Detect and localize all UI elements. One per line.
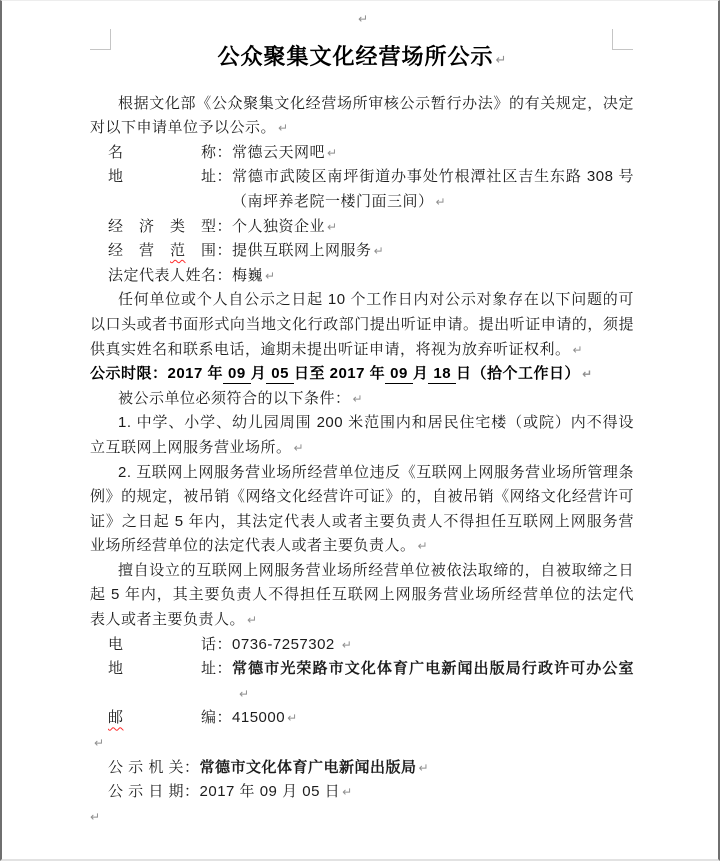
field-label: 地 址：: [108, 165, 232, 214]
paragraph-mark: ↵: [239, 687, 249, 701]
intro-paragraph: 根据文化部《公众聚集文化经营场所审核公示暂行办法》的有关规定，决定对以下申请单位…: [90, 92, 634, 141]
deadline-line: 公示时限：2017 年09月05日至 2017 年09月18日（拾个工作日）↵: [90, 362, 634, 387]
page-title: 公众聚集文化经营场所公示↵: [90, 42, 634, 76]
field-label: 经 营 范 围：: [108, 239, 232, 264]
field-label: 公 示 机 关：: [108, 756, 200, 781]
paragraph-mark: ↵: [94, 736, 104, 750]
field-row-postcode: 邮 编： 415000↵: [90, 706, 634, 731]
field-value: 常德云天网吧↵: [232, 141, 634, 166]
field-value: 415000↵: [232, 706, 634, 731]
spellcheck-wavy-char: 邮: [108, 709, 124, 726]
field-row-business-scope: 经 营 范 围： 提供互联网上网服务↵: [90, 239, 634, 264]
conditions-intro: 被公示单位必须符合的以下条件：↵: [90, 387, 634, 412]
paragraph-mark: ↵: [327, 220, 337, 234]
paragraph-mark: ↵: [353, 392, 363, 406]
field-value: 2017 年 09 月 05 日↵: [200, 780, 634, 805]
hearing-paragraph: 任何单位或个人自公示之日起 10 个工作日内对公示对象存在以下问题的可以口头或者…: [90, 288, 634, 362]
field-row-economic-type: 经 济 类 型： 个人独资企业↵: [90, 215, 634, 240]
paragraph-mark: ↵: [342, 638, 352, 652]
paragraph-mark: ↵: [265, 269, 275, 283]
paragraph-mark: ↵: [287, 711, 297, 725]
field-label: 公 示 日 期：: [108, 780, 200, 805]
field-row-legal-representative: 法定代表人姓名： 梅巍↵: [90, 264, 634, 289]
document-content: ↵ 公众聚集文化经营场所公示↵ 根据文化部《公众聚集文化经营场所审核公示暂行办法…: [90, 7, 634, 829]
field-row-name: 名 称： 常德云天网吧↵: [90, 141, 634, 166]
empty-paragraph: ↵: [90, 805, 634, 830]
field-label: 邮 编：: [108, 706, 232, 731]
paragraph-mark: ↵: [327, 146, 337, 160]
field-value: 个人独资企业↵: [232, 215, 634, 240]
paragraph-mark: ↵: [247, 613, 257, 627]
field-value: 0736-7257302↵: [232, 633, 634, 658]
condition-item-2: 2. 互联网上网服务营业场所经营单位违反《互联网上网服务营业场所管理条例》的规定…: [90, 461, 634, 559]
paragraph-mark: ↵: [358, 12, 368, 26]
blank-day-2: 18: [428, 364, 456, 384]
paragraph-mark: ↵: [496, 53, 507, 68]
field-value: 梅巍↵: [232, 264, 634, 289]
field-label: 电 话：: [108, 633, 232, 658]
field-value: 常德市光荣路市文化体育广电新闻出版局行政许可办公室↵: [232, 657, 634, 706]
title-text: 公众聚集文化经营场所公示: [218, 44, 494, 69]
field-label: 地 址：: [108, 657, 232, 706]
field-value: 提供互联网上网服务↵: [232, 239, 634, 264]
field-label: 经 济 类 型：: [108, 215, 232, 240]
blank-month-1: 09: [223, 364, 251, 384]
paragraph-mark: ↵: [294, 441, 304, 455]
paragraph-mark: ↵: [582, 367, 592, 381]
field-value: 常德市武陵区南坪街道办事处竹根潭社区吉生东路 308 号（南坪养老院一楼门面三间…: [232, 165, 634, 214]
field-row-address: 地 址： 常德市武陵区南坪街道办事处竹根潭社区吉生东路 308 号（南坪养老院一…: [90, 165, 634, 214]
field-value: 常德市文化体育广电新闻出版局↵: [200, 756, 634, 781]
blank-month-2: 09: [385, 364, 413, 384]
field-label: 名 称：: [108, 141, 232, 166]
empty-paragraph: ↵: [90, 7, 634, 32]
paragraph-mark: ↵: [419, 761, 429, 775]
field-row-notice-date: 公 示 日 期： 2017 年 09 月 05 日↵: [90, 780, 634, 805]
field-row-phone: 电 话： 0736-7257302↵: [90, 633, 634, 658]
field-label: 法定代表人姓名：: [108, 264, 232, 289]
document-page: ↵ 公众聚集文化经营场所公示↵ 根据文化部《公众聚集文化经营场所审核公示暂行办法…: [0, 0, 720, 861]
blank-day-1: 05: [266, 364, 294, 384]
paragraph-mark: ↵: [342, 785, 352, 799]
field-row-issuing-agency: 公 示 机 关： 常德市文化体育广电新闻出版局↵: [90, 756, 634, 781]
field-row-office-address: 地 址： 常德市光荣路市文化体育广电新闻出版局行政许可办公室↵: [90, 657, 634, 706]
empty-paragraph: ↵: [90, 731, 634, 756]
condition-item-3: 擅自设立的互联网上网服务营业场所经营单位被依法取缔的，自被取缔之日起 5 年内，…: [90, 559, 634, 633]
paragraph-mark: ↵: [278, 121, 288, 135]
spellcheck-wavy-char: 范: [170, 242, 186, 259]
paragraph-mark: ↵: [90, 810, 100, 824]
paragraph-mark: ↵: [418, 539, 428, 553]
paragraph-mark: ↵: [436, 195, 446, 209]
condition-item-1: 1. 中学、小学、幼儿园周围 200 米范围内和居民住宅楼（或院）内不得设立互联…: [90, 411, 634, 460]
paragraph-mark: ↵: [374, 244, 384, 258]
paragraph-mark: ↵: [573, 343, 583, 357]
